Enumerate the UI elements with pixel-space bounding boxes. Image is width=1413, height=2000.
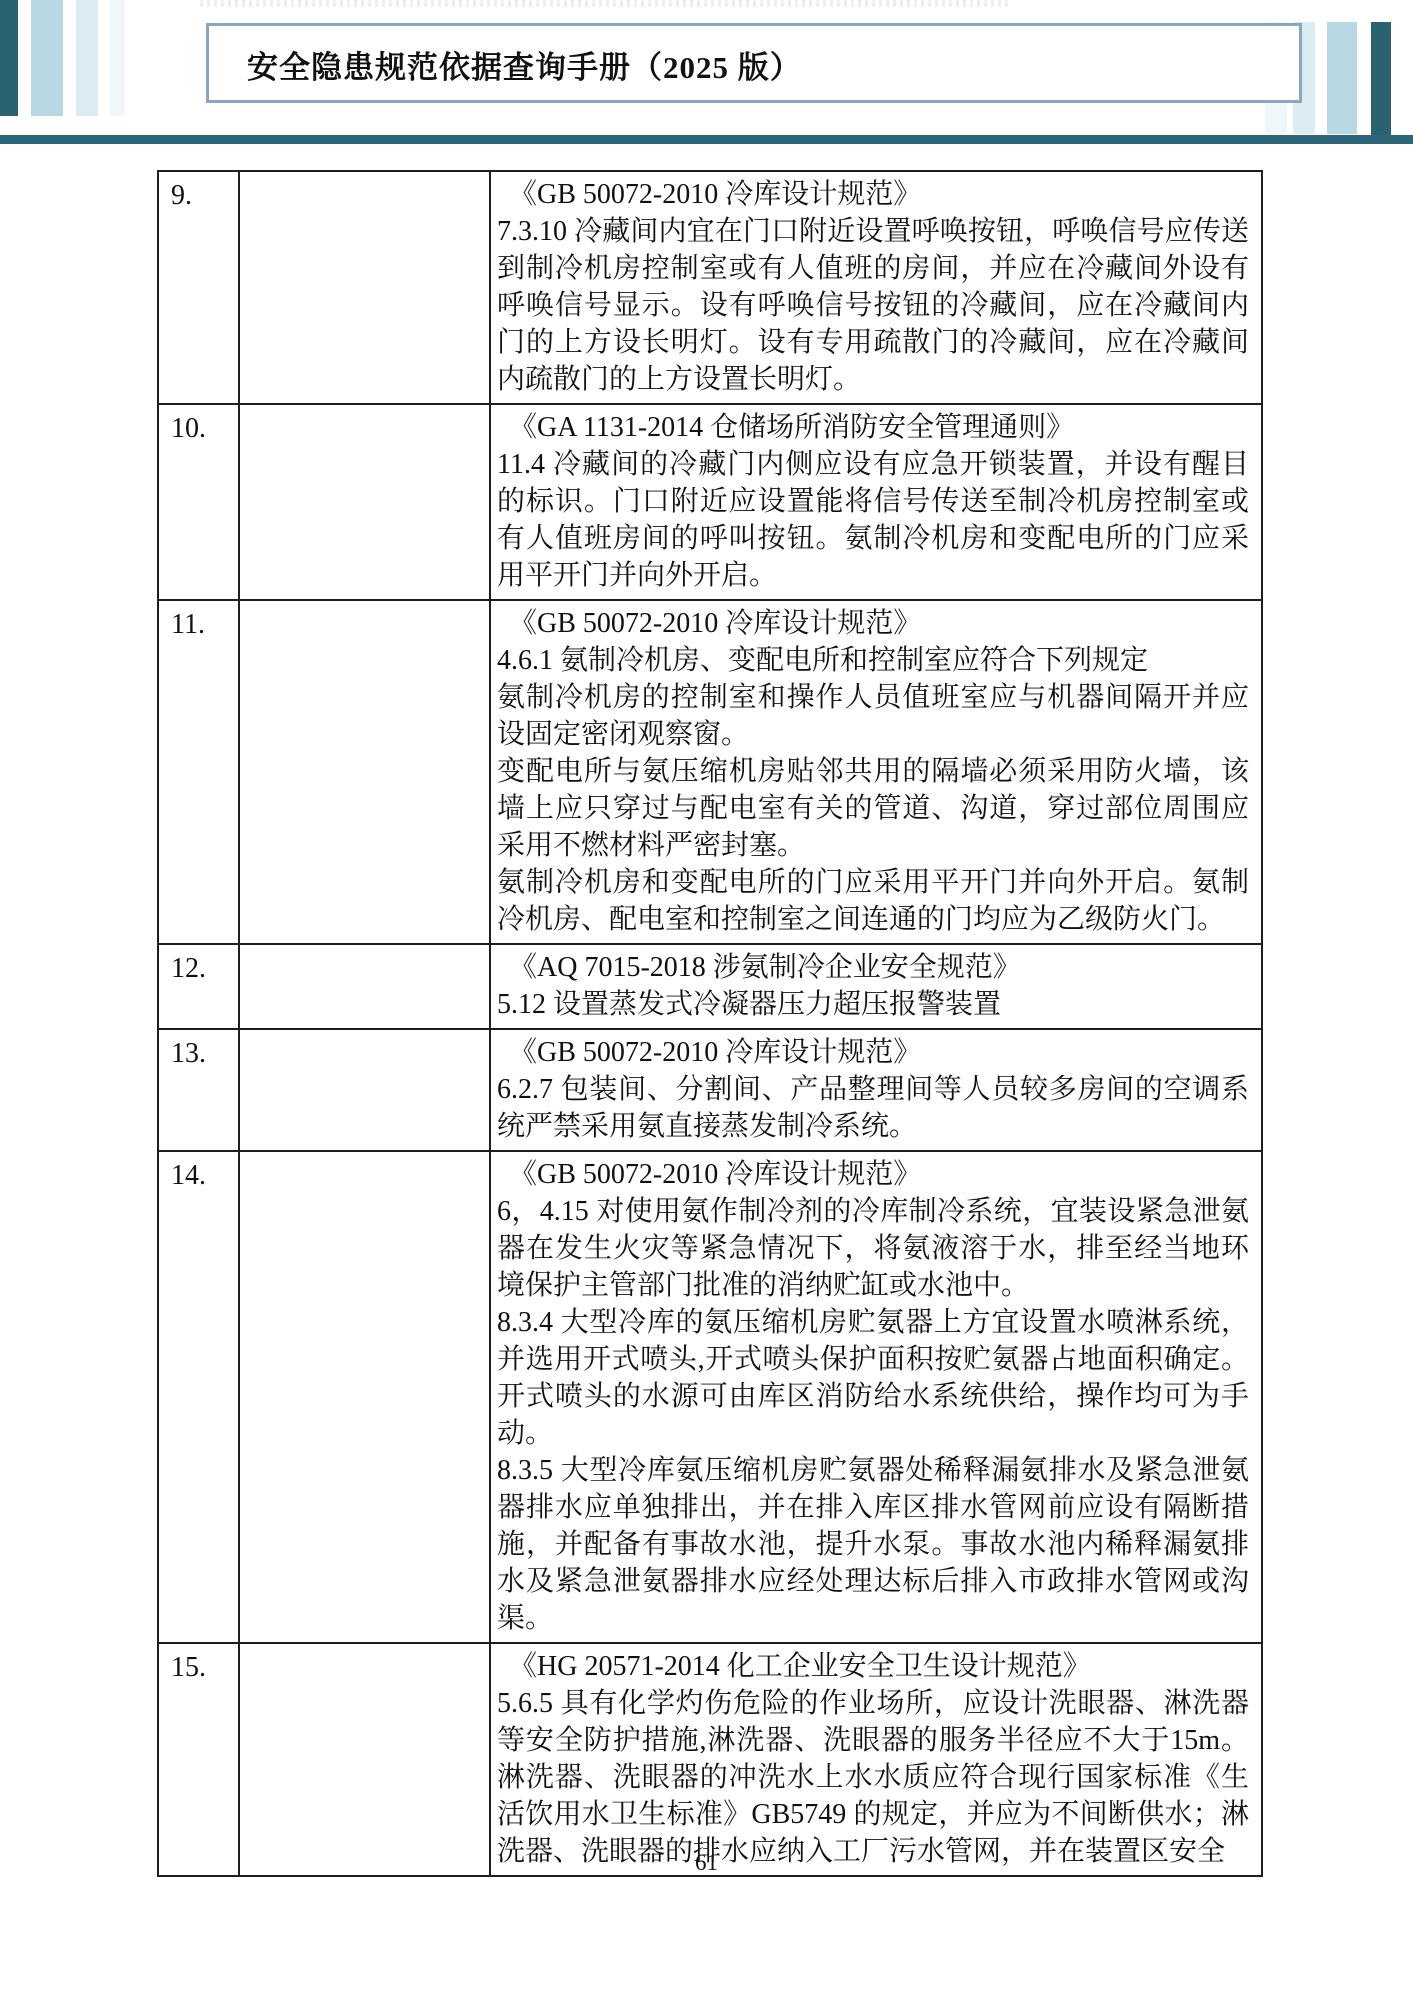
row-number: 10. bbox=[159, 405, 240, 599]
standard-reference: 《GA 1131-2014 仓储场所消防安全管理通则》 bbox=[497, 409, 1249, 446]
clause-paragraph: 6，4.15 对使用氨作制冷剂的冷库制冷系统，宜装设紧急泄氨器在发生火灾等紧急情… bbox=[497, 1193, 1249, 1304]
table-row: 9. 《GB 50072-2010 冷库设计规范》 7.3.10 冷藏间内宜在门… bbox=[159, 172, 1261, 405]
clause-paragraph: 5.12 设置蒸发式冷凝器压力超压报警装置 bbox=[497, 986, 1249, 1023]
row-number: 11. bbox=[159, 601, 240, 943]
standard-reference: 《GB 50072-2010 冷库设计规范》 bbox=[497, 605, 1249, 642]
header-divider-band bbox=[0, 135, 1413, 144]
header-title-box: 安全隐患规范依据查询手册（2025 版） bbox=[206, 23, 1302, 103]
standard-reference: 《GB 50072-2010 冷库设计规范》 bbox=[497, 176, 1249, 213]
table-row: 13. 《GB 50072-2010 冷库设计规范》 6.2.7 包装间、分割间… bbox=[159, 1030, 1261, 1152]
table-row: 14. 《GB 50072-2010 冷库设计规范》 6，4.15 对使用氨作制… bbox=[159, 1152, 1261, 1644]
row-empty-cell bbox=[240, 601, 491, 943]
page-number: 61 bbox=[0, 1850, 1413, 1876]
scan-noise-strip bbox=[200, 0, 1010, 7]
standard-reference: 《GB 50072-2010 冷库设计规范》 bbox=[497, 1156, 1249, 1193]
row-content-cell: 《GB 50072-2010 冷库设计规范》 6，4.15 对使用氨作制冷剂的冷… bbox=[491, 1152, 1261, 1642]
document-page: 安全隐患规范依据查询手册（2025 版） 9. 《GB 50072-2010 冷… bbox=[0, 0, 1413, 2000]
clause-paragraph: 8.3.4 大型冷库的氨压缩机房贮氨器上方宜设置水喷淋系统，并选用开式喷头,开式… bbox=[497, 1304, 1249, 1452]
row-number: 9. bbox=[159, 172, 240, 403]
clause-paragraph: 变配电所与氨压缩机房贴邻共用的隔墙必须采用防火墙，该墙上应只穿过与配电室有关的管… bbox=[497, 753, 1249, 864]
row-number: 15. bbox=[159, 1644, 240, 1875]
row-content-cell: 《AQ 7015-2018 涉氨制冷企业安全规范》 5.12 设置蒸发式冷凝器压… bbox=[491, 945, 1261, 1028]
row-number: 12. bbox=[159, 945, 240, 1028]
clause-paragraph: 氨制冷机房和变配电所的门应采用平开门并向外开启。氨制冷机房、配电室和控制室之间连… bbox=[497, 864, 1249, 938]
row-number: 13. bbox=[159, 1030, 240, 1150]
page-title: 安全隐患规范依据查询手册（2025 版） bbox=[247, 42, 802, 87]
table-row: 12. 《AQ 7015-2018 涉氨制冷企业安全规范》 5.12 设置蒸发式… bbox=[159, 945, 1261, 1030]
decor-bar-dark-right bbox=[1371, 22, 1391, 143]
row-content-cell: 《HG 20571-2014 化工企业安全卫生设计规范》 5.6.5 具有化学灼… bbox=[491, 1644, 1261, 1875]
row-empty-cell bbox=[240, 945, 491, 1028]
row-content-cell: 《GB 50072-2010 冷库设计规范》 4.6.1 氨制冷机房、变配电所和… bbox=[491, 601, 1261, 943]
row-content-cell: 《GB 50072-2010 冷库设计规范》 6.2.7 包装间、分割间、产品整… bbox=[491, 1030, 1261, 1150]
clause-paragraph: 5.6.5 具有化学灼伤危险的作业场所，应设计洗眼器、淋洗器等安全防护措施,淋洗… bbox=[497, 1685, 1249, 1870]
clause-paragraph: 8.3.5 大型冷库氨压缩机房贮氨器处稀释漏氨排水及紧急泄氨器排水应单独排出，并… bbox=[497, 1452, 1249, 1637]
row-empty-cell bbox=[240, 172, 491, 403]
decor-bar-faint-left bbox=[110, 0, 125, 116]
decor-bar-lighter-left bbox=[76, 0, 98, 116]
clause-paragraph: 氨制冷机房的控制室和操作人员值班室应与机器间隔开并应设固定密闭观察窗。 bbox=[497, 679, 1249, 753]
standard-reference: 《HG 20571-2014 化工企业安全卫生设计规范》 bbox=[497, 1648, 1249, 1685]
row-empty-cell bbox=[240, 1644, 491, 1875]
table-row: 15. 《HG 20571-2014 化工企业安全卫生设计规范》 5.6.5 具… bbox=[159, 1644, 1261, 1875]
standard-reference: 《GB 50072-2010 冷库设计规范》 bbox=[497, 1034, 1249, 1071]
row-content-cell: 《GA 1131-2014 仓储场所消防安全管理通则》 11.4 冷藏间的冷藏门… bbox=[491, 405, 1261, 599]
row-empty-cell bbox=[240, 1152, 491, 1642]
decor-bar-light-right bbox=[1327, 22, 1357, 134]
table-row: 10. 《GA 1131-2014 仓储场所消防安全管理通则》 11.4 冷藏间… bbox=[159, 405, 1261, 601]
standards-table: 9. 《GB 50072-2010 冷库设计规范》 7.3.10 冷藏间内宜在门… bbox=[157, 170, 1263, 1877]
row-number: 14. bbox=[159, 1152, 240, 1642]
clause-paragraph: 6.2.7 包装间、分割间、产品整理间等人员较多房间的空调系统严禁采用氨直接蒸发… bbox=[497, 1071, 1249, 1145]
table-row: 11. 《GB 50072-2010 冷库设计规范》 4.6.1 氨制冷机房、变… bbox=[159, 601, 1261, 945]
clause-paragraph: 7.3.10 冷藏间内宜在门口附近设置呼唤按钮，呼唤信号应传送到制冷机房控制室或… bbox=[497, 213, 1249, 398]
clause-paragraph: 4.6.1 氨制冷机房、变配电所和控制室应符合下列规定 bbox=[497, 642, 1249, 679]
row-content-cell: 《GB 50072-2010 冷库设计规范》 7.3.10 冷藏间内宜在门口附近… bbox=[491, 172, 1261, 403]
decor-bar-light-left bbox=[31, 0, 63, 116]
standard-reference: 《AQ 7015-2018 涉氨制冷企业安全规范》 bbox=[497, 949, 1249, 986]
row-empty-cell bbox=[240, 405, 491, 599]
clause-paragraph: 11.4 冷藏间的冷藏门内侧应设有应急开锁装置，并设有醒目的标识。门口附近应设置… bbox=[497, 446, 1249, 594]
decor-bar-dark-left bbox=[0, 0, 18, 116]
row-empty-cell bbox=[240, 1030, 491, 1150]
